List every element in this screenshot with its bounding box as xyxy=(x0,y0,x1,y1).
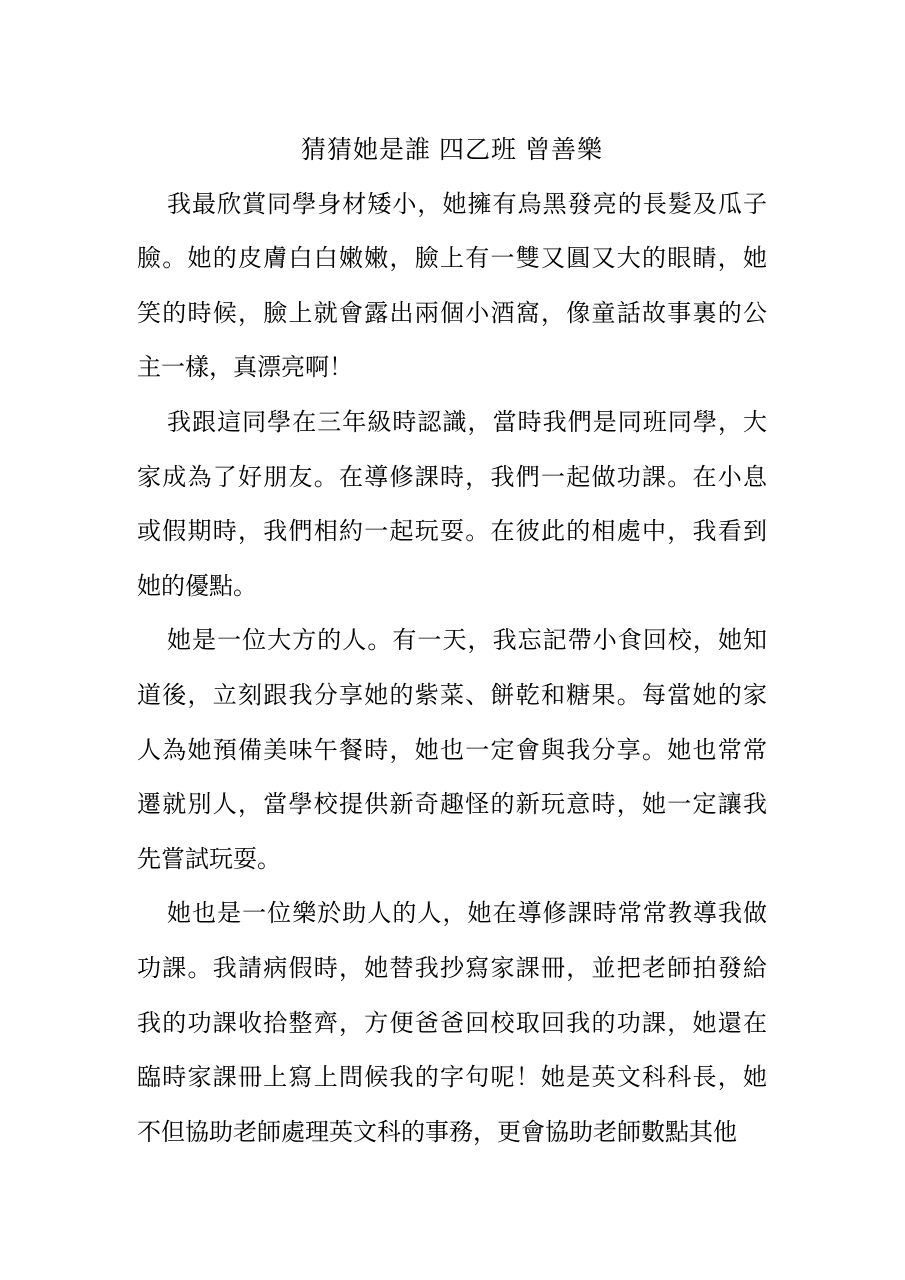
text-line: 我最欣賞同學身材矮小，她擁有烏黑發亮的長髮及瓜子 xyxy=(137,178,767,233)
text-line: 先嘗試玩耍。 xyxy=(137,833,767,888)
text-line: 遷就別人，當學校提供新奇趣怪的新玩意時，她一定讓我 xyxy=(137,778,767,833)
text-line: 人為她預備美味午餐時，她也一定會與我分享。她也常常 xyxy=(137,724,767,779)
text-line: 我跟這同學在三年級時認識，當時我們是同班同學，大 xyxy=(137,396,767,451)
text-line: 笑的時候，臉上就會露出兩個小酒窩，像童話故事裏的公 xyxy=(137,287,767,342)
text-line: 我的功課收拾整齊，方便爸爸回校取回我的功課，她還在 xyxy=(137,997,767,1052)
document-content: 猜猜她是誰 四乙班 曾善樂 我最欣賞同學身材矮小，她擁有烏黑發亮的長髮及瓜子臉。… xyxy=(137,123,767,1160)
text-line: 或假期時，我們相約一起玩耍。在彼此的相處中，我看到 xyxy=(137,505,767,560)
text-line: 家成為了好朋友。在導修課時，我們一起做功課。在小息 xyxy=(137,451,767,506)
paragraph: 她是一位大方的人。有一天，我忘記帶小食回校，她知道後，立刻跟我分享她的紫菜、餅乾… xyxy=(137,614,767,887)
essay-title: 猜猜她是誰 四乙班 曾善樂 xyxy=(137,123,767,178)
text-line: 道後，立刻跟我分享她的紫菜、餅乾和糖果。每當她的家 xyxy=(137,669,767,724)
text-line: 她是一位大方的人。有一天，我忘記帶小食回校，她知 xyxy=(137,614,767,669)
text-line: 她也是一位樂於助人的人，她在導修課時常常教導我做 xyxy=(137,887,767,942)
paragraph: 我跟這同學在三年級時認識，當時我們是同班同學，大家成為了好朋友。在導修課時，我們… xyxy=(137,396,767,614)
text-line: 臨時家課冊上寫上問候我的字句呢！她是英文科科長，她 xyxy=(137,1051,767,1106)
text-line: 不但協助老師處理英文科的事務，更會協助老師數點其他 xyxy=(137,1106,767,1161)
document-page: 猜猜她是誰 四乙班 曾善樂 我最欣賞同學身材矮小，她擁有烏黑發亮的長髮及瓜子臉。… xyxy=(0,0,905,1280)
essay-body: 我最欣賞同學身材矮小，她擁有烏黑發亮的長髮及瓜子臉。她的皮膚白白嫩嫩，臉上有一雙… xyxy=(137,178,767,1161)
paragraph: 她也是一位樂於助人的人，她在導修課時常常教導我做功課。我請病假時，她替我抄寫家課… xyxy=(137,887,767,1160)
text-line: 功課。我請病假時，她替我抄寫家課冊，並把老師拍發給 xyxy=(137,942,767,997)
text-line: 她的優點。 xyxy=(137,560,767,615)
text-line: 主一樣，真漂亮啊！ xyxy=(137,341,767,396)
paragraph: 我最欣賞同學身材矮小，她擁有烏黑發亮的長髮及瓜子臉。她的皮膚白白嫩嫩，臉上有一雙… xyxy=(137,178,767,396)
text-line: 臉。她的皮膚白白嫩嫩，臉上有一雙又圓又大的眼睛，她 xyxy=(137,232,767,287)
